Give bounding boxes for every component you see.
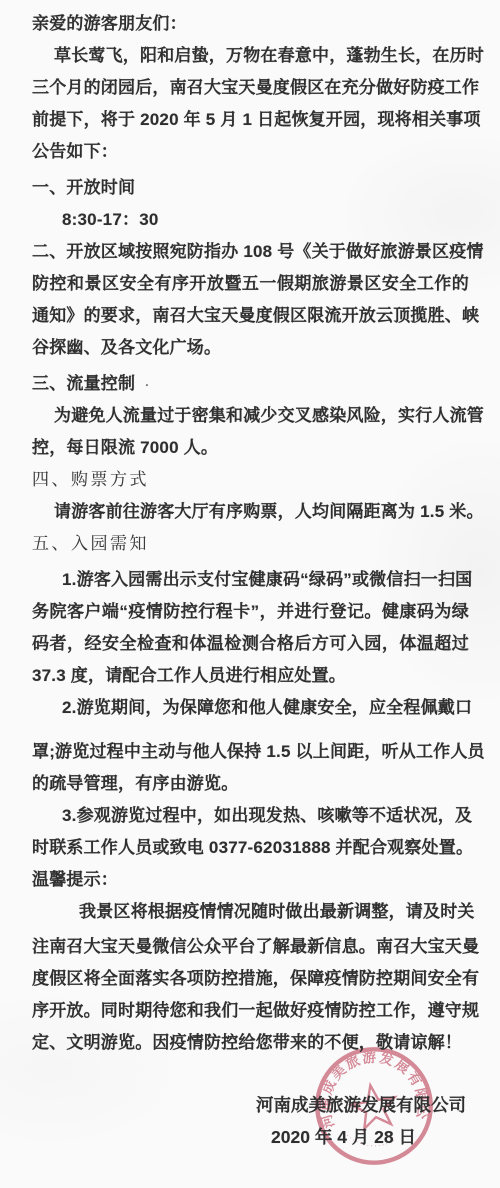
text-line: 8:30-17：30: [32, 204, 469, 236]
text-line: 定、文明游览。因疫情防控给您带来的不便，敬请谅解！: [32, 1027, 469, 1059]
signature-company: 河南成美旅游发展有限公司: [32, 1089, 469, 1121]
text-line: 二、开放区域按照宛防指办 108 号《关于做好旅游景区疫情: [32, 236, 469, 268]
lines-host: 亲爱的游客朋友们：草长莺飞，阳和启蛰，万物在春意中，蓬勃生长，在历时三个月的闭园…: [32, 8, 469, 1059]
text-line: 公告如下：: [32, 136, 469, 168]
text-line: 五、入园需知: [32, 528, 469, 560]
text-line: 度假区将全面落实各项防控措施，保障疫情防控期间安全有: [32, 963, 469, 995]
text-line: 一、开放时间: [32, 172, 469, 204]
document-body: 亲爱的游客朋友们：草长莺飞，阳和启蛰，万物在春意中，蓬勃生长，在历时三个月的闭园…: [32, 8, 469, 1153]
text-line: 我景区将根据疫情情况随时做出最新调整，请及时关: [32, 896, 469, 928]
text-line: 为避免人流量过于密集和减少交叉感染风险，实行人流管: [32, 400, 469, 432]
text-line: 三、流量控制·: [32, 368, 469, 400]
scan-artifact: ·: [145, 378, 149, 392]
text-line: 2.游览期间，为保障您和他人健康安全，应全程佩戴口: [32, 692, 469, 724]
text-line: 控，每日限流 7000 人。: [32, 432, 469, 464]
text-line: 务院客户端“疫情防控行程卡”，并进行登记。健康码为绿: [32, 596, 469, 628]
scanned-notice-page: 河南成美旅游发展有限公司 ·············· 亲爱的游客朋友们：草长莺…: [0, 0, 500, 1188]
text-line: 防控和景区安全有序开放暨五一假期旅游景区安全工作的: [32, 268, 469, 300]
text-line: 37.3 度，请配合工作人员进行相应处置。: [32, 660, 469, 692]
text-line: 前提下，将于 2020 年 5 月 1 日起恢复开园，现将相关事项: [32, 104, 469, 136]
text-line: 3.参观游览过程中，如出现发热、咳嗽等不适状况，及: [32, 800, 469, 832]
signature-block: 河南成美旅游发展有限公司 2020 年 4 月 28 日: [32, 1089, 469, 1153]
text-line: 码者，经安全检查和体温检测合格后方可入园，体温超过: [32, 628, 469, 660]
text-line: 注南召大宝天曼微信公众平台了解最新信息。南召大宝天曼: [32, 931, 469, 963]
text-line: 通知》的要求，南召大宝天曼度假区限流开放云顶揽胜、峡: [32, 300, 469, 332]
text-line: 谷探幽、及各文化广场。: [32, 332, 469, 364]
text-line: 罩;游览过程中主动与他人保持 1.5 以上间距，听从工作人员: [32, 736, 469, 768]
text-line: 亲爱的游客朋友们：: [32, 8, 469, 40]
text-line: 四、购票方式: [32, 464, 469, 496]
signature-date: 2020 年 4 月 28 日: [32, 1121, 469, 1153]
text-line: 1.游客入园需出示支付宝健康码“绿码”或微信扫一扫国: [32, 564, 469, 596]
text-line: 三个月的闭园后，南召大宝天曼度假区在充分做好防疫工作: [32, 72, 469, 104]
text-line: 温馨提示：: [32, 864, 469, 896]
text-line: 时联系工作人员或致电 0377-62031888 并配合观察处置。: [32, 832, 469, 864]
text-line: 草长莺飞，阳和启蛰，万物在春意中，蓬勃生长，在历时: [32, 40, 469, 72]
text-line: 请游客前往游客大厅有序购票，人均间隔距离为 1.5 米。: [32, 496, 469, 528]
text-line: 的疏导管理，有序由游览。: [32, 768, 469, 800]
text-line: 序开放。同时期待您和我们一起做好疫情防控工作，遵守规: [32, 995, 469, 1027]
